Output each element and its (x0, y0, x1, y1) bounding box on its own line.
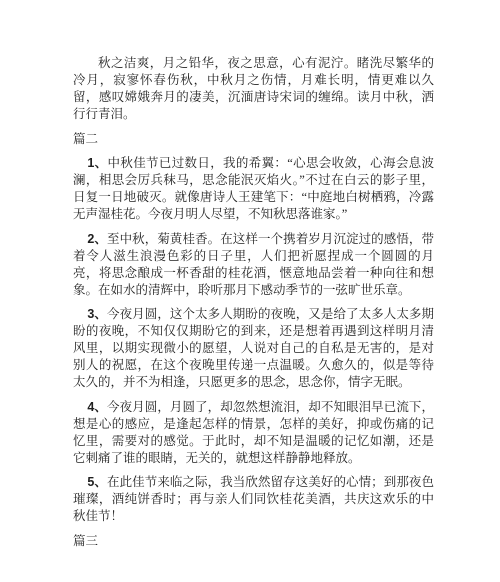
list-item-5-text: 在此佳节来临之际，我当欣然留存这美好的心情；到那夜色璀璨，酒纯饼香时；再与亲人们… (73, 475, 434, 523)
list-item-4-number: 4、 (87, 400, 107, 414)
section-heading-2-label: 篇二 (73, 132, 98, 146)
list-item-3-number: 3、 (87, 307, 107, 321)
list-item-3: 3、今夜月圆，这个太多人期盼的夜晚，又是给了太多人太多期盼的夜晚，不知仅仅期盼它… (73, 306, 434, 391)
intro-paragraph: 秋之洁爽，月之铅华，夜之思意，心有泥泞。睹洗尽繁华的冷月，寂寥怀春伤秋，中秋月之… (73, 55, 434, 123)
list-item-1-number: 1、 (87, 156, 107, 170)
list-item-5-number: 5、 (87, 475, 107, 489)
section-heading-2: 篇二 (73, 131, 434, 148)
list-item-3-text: 今夜月圆，这个太多人期盼的夜晚，又是给了太多人太多期盼的夜晚，不知仅仅期盼它的到… (73, 307, 434, 389)
list-item-4: 4、今夜月圆，月圆了，却忽然想流泪，却不知眼泪早已流下，想是心的感应，是逢起怎样… (73, 399, 434, 467)
intro-text: 秋之洁爽，月之铅华，夜之思意，心有泥泞。睹洗尽繁华的冷月，寂寥怀春伤秋，中秋月之… (73, 56, 434, 121)
list-item-1-text: 中秋佳节已过数日，我的希翼：“心思会收敛，心海会息波澜，相思会厉兵秣马，思念能泯… (73, 156, 434, 221)
list-item-1: 1、中秋佳节已过数日，我的希翼：“心思会收敛，心海会息波澜，相思会厉兵秣马，思念… (73, 155, 434, 223)
section-heading-3-label: 篇三 (73, 534, 98, 548)
document-page: 秋之洁爽，月之铅华，夜之思意，心有泥泞。睹洗尽繁华的冷月，寂寥怀春伤秋，中秋月之… (0, 0, 500, 582)
list-item-4-text: 今夜月圆，月圆了，却忽然想流泪，却不知眼泪早已流下，想是心的感应，是逢起怎样的情… (73, 400, 434, 465)
list-item-5: 5、在此佳节来临之际，我当欣然留存这美好的心情；到那夜色璀璨，酒纯饼香时；再与亲… (73, 474, 434, 525)
section-heading-3: 篇三 (73, 533, 434, 550)
list-item-2: 2、至中秋，菊黄桂香。在这样一个携着岁月沉淀过的感悟，带着令人滋生浪漫色彩的日子… (73, 231, 434, 299)
list-item-2-number: 2、 (87, 232, 107, 246)
list-item-2-text: 至中秋，菊黄桂香。在这样一个携着岁月沉淀过的感悟，带着令人滋生浪漫色彩的日子里，… (73, 232, 434, 297)
